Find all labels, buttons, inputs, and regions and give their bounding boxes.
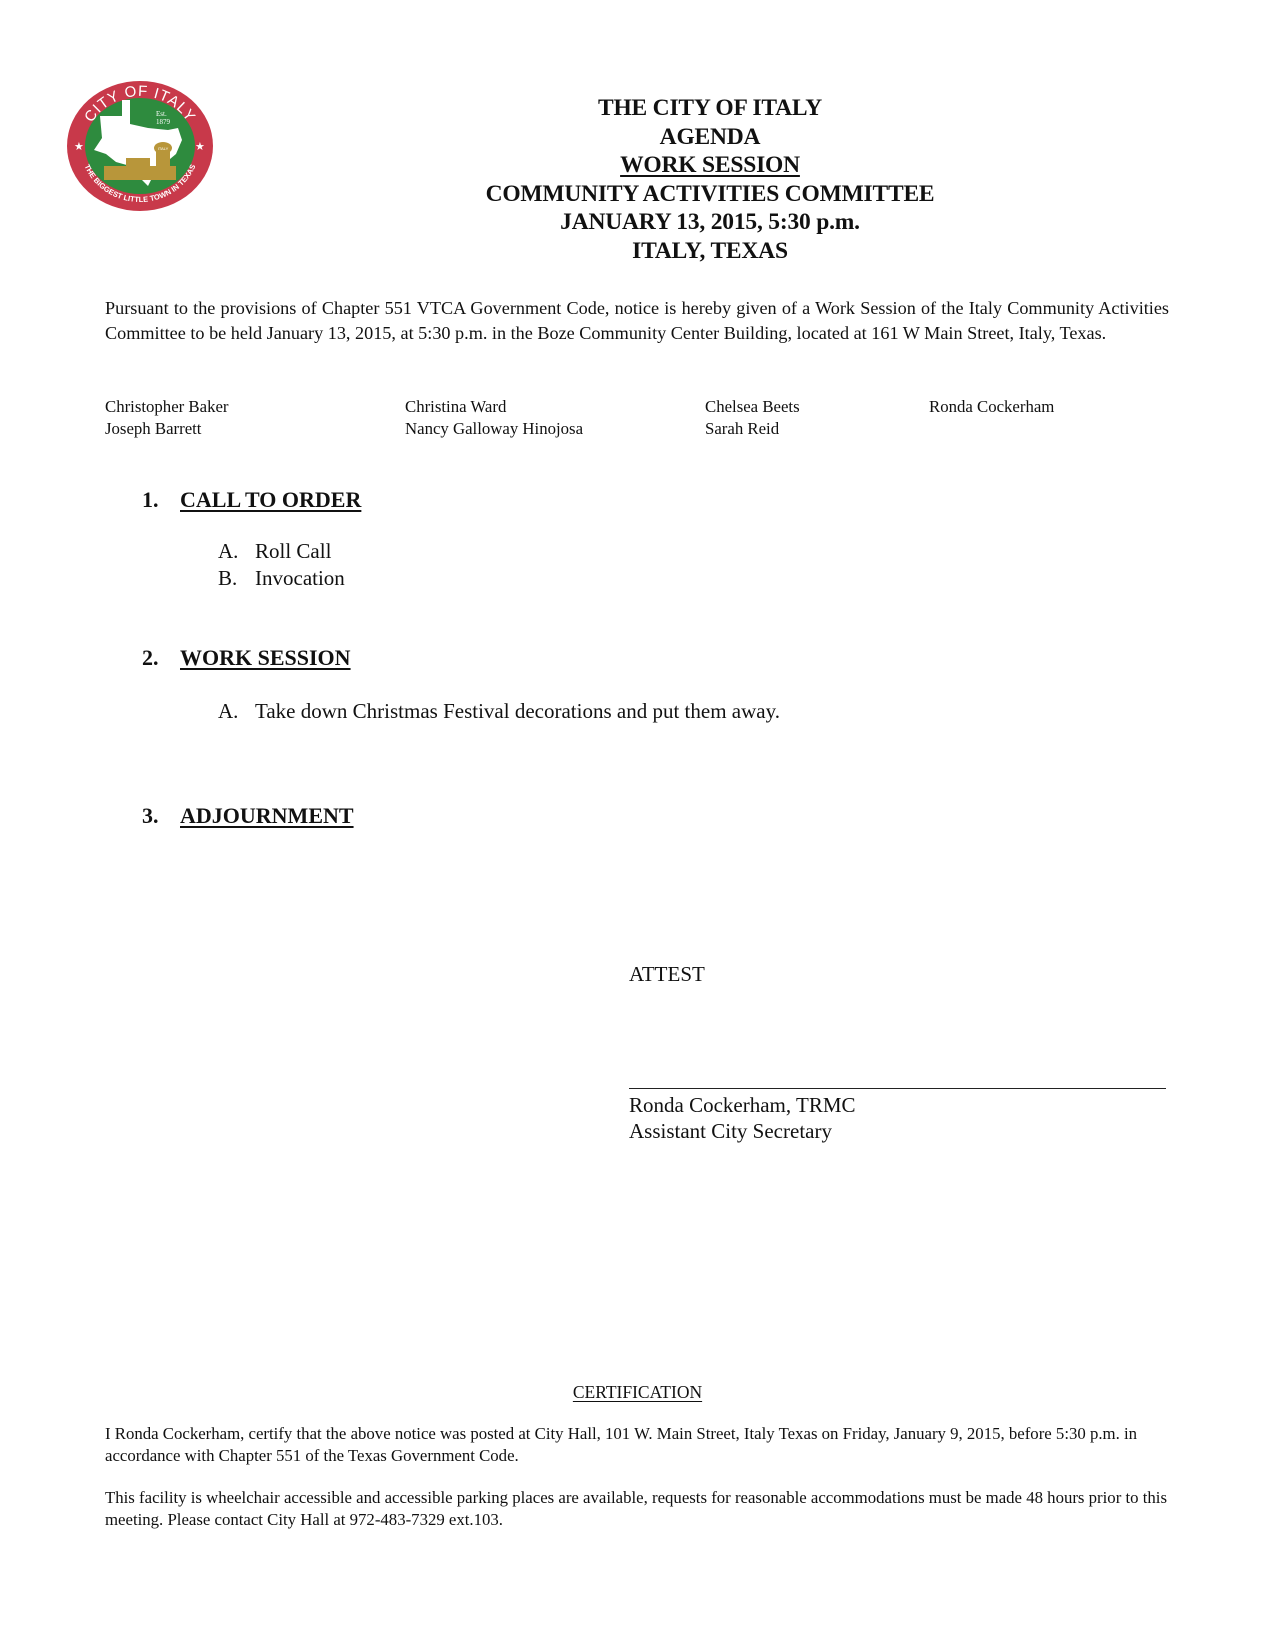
header-session-type: WORK SESSION (620, 152, 800, 178)
section-title: WORK SESSION (180, 645, 351, 671)
header-city: THE CITY OF ITALY (420, 94, 1000, 123)
members-column: Chelsea Beets Sarah Reid (705, 396, 800, 440)
member-name: Joseph Barrett (105, 418, 229, 440)
signatory: Ronda Cockerham, TRMC Assistant City Sec… (629, 1092, 856, 1144)
signatory-name: Ronda Cockerham, TRMC (629, 1092, 856, 1118)
member-name: Sarah Reid (705, 418, 800, 440)
members-column: Christopher Baker Joseph Barrett (105, 396, 229, 440)
header-datetime: JANUARY 13, 2015, 5:30 p.m. (420, 208, 1000, 237)
document-header: THE CITY OF ITALY AGENDA WORK SESSION CO… (420, 94, 1000, 266)
header-agenda: AGENDA (420, 123, 1000, 152)
svg-text:Est.: Est. (156, 110, 167, 118)
section-title: ADJOURNMENT (180, 803, 354, 829)
attest-label: ATTEST (629, 962, 705, 987)
member-name: Ronda Cockerham (929, 396, 1054, 418)
svg-text:ITALY: ITALY (158, 146, 169, 151)
members-column: Ronda Cockerham (929, 396, 1054, 418)
star-icon: ★ (195, 141, 205, 153)
member-name: Christina Ward (405, 396, 583, 418)
certification-body: I Ronda Cockerham, certify that the abov… (105, 1423, 1169, 1466)
certification-title: CERTIFICATION (0, 1382, 1275, 1403)
star-icon: ★ (74, 141, 84, 153)
signatory-title: Assistant City Secretary (629, 1118, 856, 1144)
header-location: ITALY, TEXAS (420, 237, 1000, 266)
members-column: Christina Ward Nancy Galloway Hinojosa (405, 396, 583, 440)
notice-paragraph: Pursuant to the provisions of Chapter 55… (105, 296, 1169, 345)
signature-line (629, 1088, 1166, 1089)
member-name: Nancy Galloway Hinojosa (405, 418, 583, 440)
section-title: CALL TO ORDER (180, 487, 361, 513)
member-name: Christopher Baker (105, 396, 229, 418)
svg-text:1879: 1879 (156, 118, 171, 126)
member-name: Chelsea Beets (705, 396, 800, 418)
accessibility-notice: This facility is wheelchair accessible a… (105, 1487, 1169, 1530)
header-committee: COMMUNITY ACTIVITIES COMMITTEE (420, 180, 1000, 209)
city-seal-logo: ITALY Est. 1879 CITY OF ITALY THE BIGGES… (64, 78, 216, 214)
